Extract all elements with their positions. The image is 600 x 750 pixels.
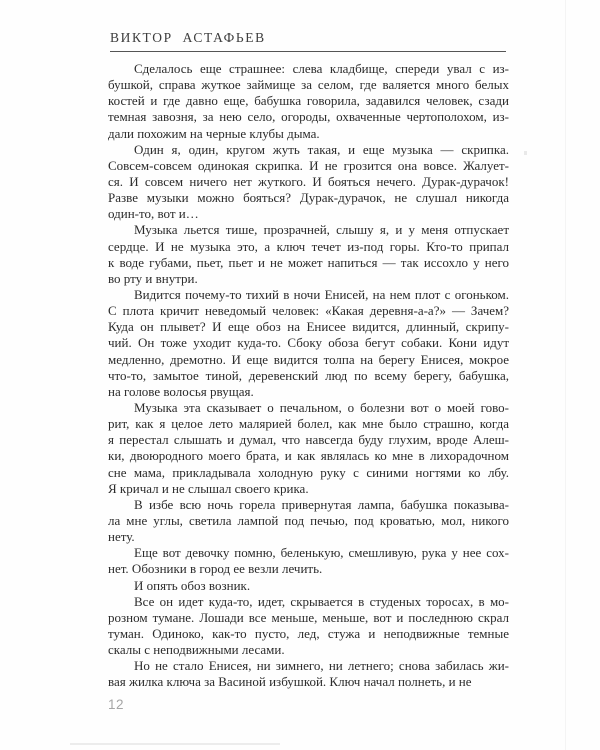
text-line: Но не стало Енисея, ни зимнего, ни летне…: [108, 658, 509, 674]
text-line: бушкой, справа жуткое займище за селом, …: [108, 77, 509, 93]
paragraph: Музыка льется тише, прозрачней, слышу я,…: [108, 222, 509, 287]
paragraph: В избе всю ночь горела привернутая лампа…: [108, 497, 509, 545]
text-line: на голове волосья рвущая.: [108, 384, 509, 400]
paragraph: И опять обоз возник.: [108, 578, 509, 594]
text-line: туман. Одиноко, как-то пусто, лед, стужа…: [108, 626, 509, 642]
text-line: сне мама, прикладывала холодную руку с с…: [108, 465, 509, 481]
text-line: скалы с неподвижными лесами.: [108, 642, 509, 658]
text-line: рит, как я целое лето малярией болел, ка…: [108, 416, 509, 432]
text-line: чий. Он тоже уходит куда-то. Сбоку обоза…: [108, 335, 509, 351]
text-line: сердце. И не музыка это, а ключ течет из…: [108, 239, 509, 255]
book-page: ВИКТОР АСТАФЬЕВ Сделалось еще страшнее: …: [0, 0, 600, 750]
text-line: Один я, один, кругом жуть такая, и еще м…: [108, 142, 509, 158]
text-line: ла мне углы, светила лампой под печью, п…: [108, 513, 509, 529]
text-line: во рту и внутри.: [108, 271, 509, 287]
text-line: что-то, замытое тиной, деревенский люд п…: [108, 368, 509, 384]
text-line: вая жилка ключа за Васиной избушкой. Клю…: [108, 674, 509, 690]
text-line: Куда он плывет? И еще обоз на Енисее вид…: [108, 319, 509, 335]
scan-artifact-speck: [524, 151, 527, 155]
scan-artifact-bottom-line: [70, 743, 280, 745]
paragraph: Но не стало Енисея, ни зимнего, ни летне…: [108, 658, 509, 690]
paragraph: Один я, один, кругом жуть такая, и еще м…: [108, 142, 509, 223]
text-line: я перестал слышать и думал, что навсегда…: [108, 432, 509, 448]
text-line: Все он идет куда-то, идет, скрывается в …: [108, 594, 509, 610]
text-line: темная завозня, за нею село, огороды, ох…: [108, 109, 509, 125]
text-line: нету.: [108, 529, 509, 545]
paragraph: Музыка эта сказывает о печальном, о боле…: [108, 400, 509, 497]
text-line: С плота кричит неведомый человек: «Какая…: [108, 303, 509, 319]
text-line: ки, двоюродного моего брата, и как являл…: [108, 448, 509, 464]
text-line: Сделалось еще страшнее: слева кладбище, …: [108, 61, 509, 77]
text-line: Совсем-совсем одинокая скрипка. И не гро…: [108, 158, 509, 174]
paragraph: Видится почему-то тихий в ночи Енисей, н…: [108, 287, 509, 400]
paragraph: Все он идет куда-то, идет, скрывается в …: [108, 594, 509, 659]
text-line: Музыка льется тише, прозрачней, слышу я,…: [108, 222, 509, 238]
text-line: к воде губами, пьет, пьет и не может нап…: [108, 255, 509, 271]
text-line: Музыка эта сказывает о печальном, о боле…: [108, 400, 509, 416]
text-line: розном тумане. Лошади все меньше, меньше…: [108, 610, 509, 626]
text-line: В избе всю ночь горела привернутая лампа…: [108, 497, 509, 513]
page-number: 12: [108, 697, 124, 712]
text-line: Видится почему-то тихий в ночи Енисей, н…: [108, 287, 509, 303]
body-text: Сделалось еще страшнее: слева кладбище, …: [108, 61, 509, 690]
text-line: ся. И совсем ничего нет жуткого. И боять…: [108, 174, 509, 190]
text-line: нет. Обозники в город ее везли лечить.: [108, 561, 509, 577]
text-line: Еще вот девочку помню, беленькую, смешли…: [108, 545, 509, 561]
running-header: ВИКТОР АСТАФЬЕВ: [110, 30, 266, 46]
header-rule: [110, 51, 506, 52]
paragraph: Еще вот девочку помню, беленькую, смешли…: [108, 545, 509, 577]
text-line: Я кричал и не слышал своего крика.: [108, 481, 509, 497]
text-line: один-то, вот и…: [108, 206, 509, 222]
text-line: И опять обоз возник.: [108, 578, 509, 594]
text-line: дали похожим на черные клубы дыма.: [108, 126, 509, 142]
text-line: медленно, дремотно. И еще видится толпа …: [108, 352, 509, 368]
text-line: Разве музыки можно бояться? Дурак-дурачо…: [108, 190, 509, 206]
scan-artifact-right-line: [565, 0, 566, 750]
text-line: костей и где давно еще, бабушка говорила…: [108, 93, 509, 109]
paragraph: Сделалось еще страшнее: слева кладбище, …: [108, 61, 509, 142]
